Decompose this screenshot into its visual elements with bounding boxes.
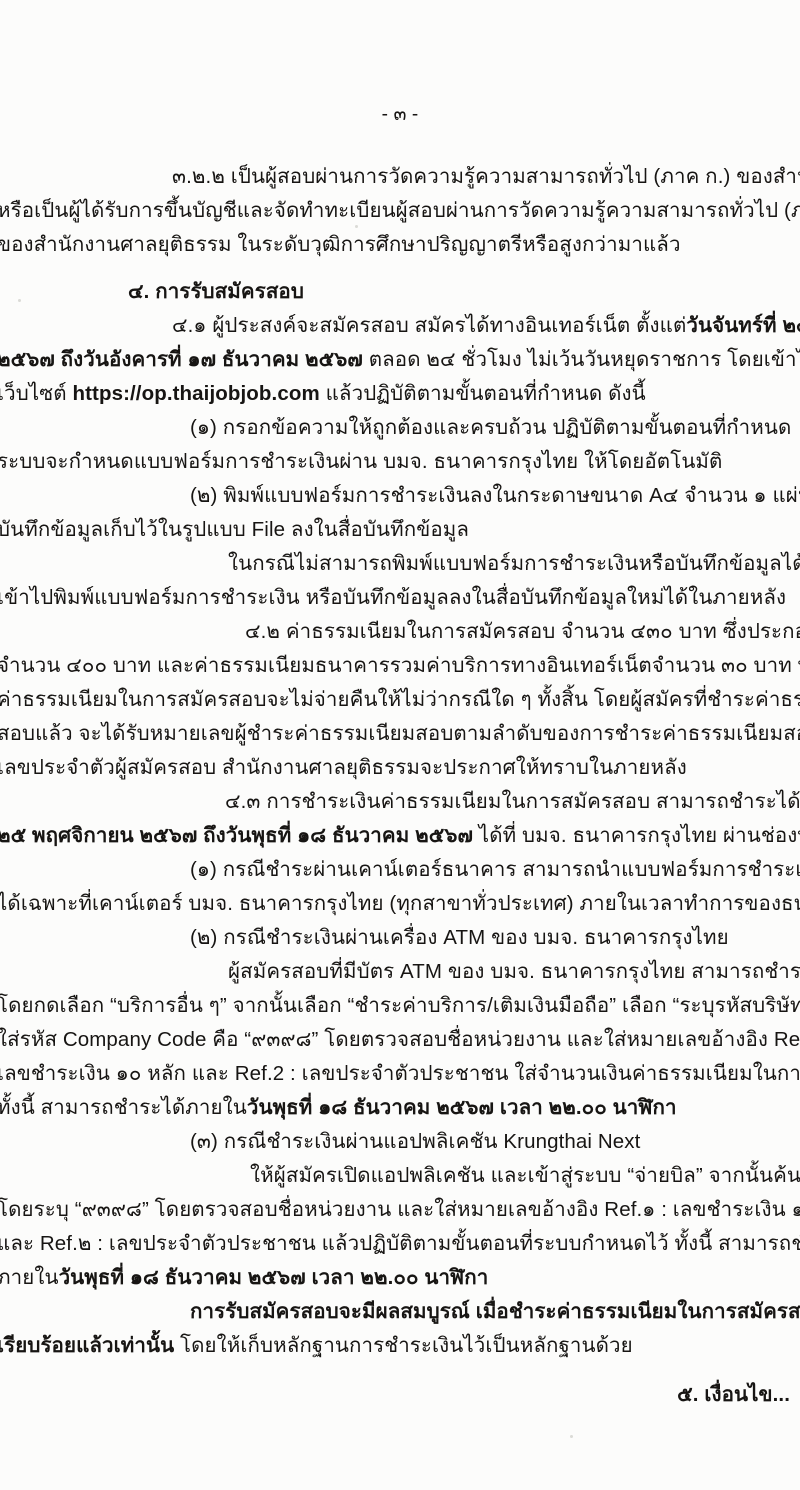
clause-3-2-2-cont-segment: ของสำนักงานศาลยุติธรรม ในระดับวุฒิการศึก…: [0, 233, 681, 256]
payment-option-3-cont-segment: และ Ref.๒ : เลขประจำตัวประชาชน แล้วปฏิบั…: [0, 1232, 800, 1255]
payment-option-2-cont-segment: ใส่รหัส Company Code คือ “๙๓๙๘” โดยตรวจส…: [0, 1028, 800, 1051]
completion-note-cont: เรียบร้อยแล้วเท่านั้น โดยให้เก็บหลักฐานก…: [0, 1329, 800, 1363]
payment-option-3-deadline: ภายในวันพุธที่ ๑๘ ธันวาคม ๒๕๖๗ เวลา ๒๒.๐…: [0, 1261, 800, 1295]
step-1-segment: (๑) กรอกข้อความให้ถูกต้องและครบถ้วน ปฏิบ…: [190, 416, 791, 439]
completion-note-cont-segment: เรียบร้อยแล้วเท่านั้น: [0, 1334, 174, 1357]
step-2-note: ในกรณีไม่สามารถพิมพ์แบบฟอร์มการชำระเงินห…: [228, 547, 800, 581]
scan-speck: [355, 225, 358, 228]
clause-4-1-cont-segment: เว็บไซต์: [0, 382, 72, 405]
website-url: https://op.thaijobjob.com: [72, 382, 319, 405]
step-1-cont: ระบบจะกำหนดแบบฟอร์มการชำระเงินผ่าน บมจ. …: [0, 445, 800, 479]
clause-4-2: ๔.๒ ค่าธรรมเนียมในการสมัครสอบ จำนวน ๔๓๐ …: [245, 615, 800, 649]
payment-option-2: (๒) กรณีชำระเงินผ่านเครื่อง ATM ของ บมจ.…: [190, 921, 800, 955]
payment-option-1: (๑) กรณีชำระผ่านเคาน์เตอร์ธนาคาร สามารถน…: [190, 853, 800, 887]
step-2: (๒) พิมพ์แบบฟอร์มการชำระเงินลงในกระดาษขน…: [190, 479, 800, 513]
clause-4-2-cont-segment: สอบแล้ว จะได้รับหมายเลขผู้ชำระค่าธรรมเนี…: [0, 722, 800, 745]
clause-4-2-cont-segment: ค่าธรรมเนียมในการสมัครสอบจะไม่จ่ายคืนให้…: [0, 688, 800, 711]
scan-speck: [18, 299, 21, 302]
clause-3-2-2-segment: ๓.๒.๒ เป็นผู้สอบผ่านการวัดความรู้ความสาม…: [172, 165, 800, 188]
clause-4-3-segment: ๔.๓ การชำระเงินค่าธรรมเนียมในการสมัครสอบ…: [225, 790, 800, 813]
step-2-segment: (๒) พิมพ์แบบฟอร์มการชำระเงินลงในกระดาษขน…: [190, 484, 800, 507]
payment-option-3-deadline-segment: วันพุธที่ ๑๘ ธันวาคม ๒๕๖๗ เวลา ๒๒.๐๐ นาฬ…: [59, 1266, 489, 1289]
payment-option-2-cont: เลขชำระเงิน ๑๐ หลัก และ Ref.2 : เลขประจำ…: [0, 1057, 800, 1091]
payment-option-3-detail: ให้ผู้สมัครเปิดแอปพลิเคชัน และเข้าสู่ระบ…: [250, 1159, 800, 1193]
clause-4-3-cont-segment: ๒๕ พฤศจิกายน ๒๕๖๗ ถึงวันพุธที่ ๑๘ ธันวาค…: [0, 824, 473, 847]
completion-note: การรับสมัครสอบจะมีผลสมบูรณ์ เมื่อชำระค่า…: [190, 1295, 800, 1329]
page-number-segment: - ๓ -: [382, 104, 419, 125]
completion-note-segment: การรับสมัครสอบจะมีผลสมบูรณ์ เมื่อชำระค่า…: [190, 1300, 800, 1323]
payment-option-2-cont-segment: เลขชำระเงิน ๑๐ หลัก และ Ref.2 : เลขประจำ…: [0, 1062, 800, 1085]
payment-option-2-deadline-segment: วันพุธที่ ๑๘ ธันวาคม ๒๕๖๗ เวลา ๒๒.๐๐ นาฬ…: [247, 1096, 677, 1119]
payment-option-2-cont: โดยกดเลือก “บริการอื่น ๆ” จากนั้นเลือก “…: [0, 989, 800, 1023]
clause-4-1-segment: ๔.๑ ผู้ประสงค์จะสมัครสอบ สมัครได้ทางอินเ…: [172, 314, 686, 337]
clause-4-3-cont: ๒๕ พฤศจิกายน ๒๕๖๗ ถึงวันพุธที่ ๑๘ ธันวาค…: [0, 819, 800, 853]
payment-option-3-segment: (๓) กรณีชำระเงินผ่านแอปพลิเคชัน Krungtha…: [190, 1130, 640, 1153]
payment-option-3-deadline-segment: ภายใน: [0, 1266, 59, 1289]
continuation-marker-segment: ๕. เงื่อนไข...: [677, 1383, 790, 1406]
clause-4-2-cont: เลขประจำตัวผู้สมัครสอบ สำนักงานศาลยุติธร…: [0, 751, 800, 785]
payment-option-3-cont-segment: โดยระบุ “๙๓๙๘” โดยตรวจสอบชื่อหน่วยงาน แล…: [0, 1198, 800, 1221]
payment-option-3-detail-segment: ให้ผู้สมัครเปิดแอปพลิเคชัน และเข้าสู่ระบ…: [250, 1164, 800, 1187]
payment-option-3-cont: และ Ref.๒ : เลขประจำตัวประชาชน แล้วปฏิบั…: [0, 1227, 800, 1261]
step-1-cont-segment: ระบบจะกำหนดแบบฟอร์มการชำระเงินผ่าน บมจ. …: [0, 450, 722, 473]
step-2-note-cont: เข้าไปพิมพ์แบบฟอร์มการชำระเงิน หรือบันทึ…: [0, 581, 800, 615]
payment-option-3-cont: โดยระบุ “๙๓๙๘” โดยตรวจสอบชื่อหน่วยงาน แล…: [0, 1193, 800, 1227]
clause-4-1-cont-segment: ตลอด ๒๔ ชั่วโมง ไม่เว้นวันหยุดราชการ โดย…: [363, 348, 800, 371]
clause-4-2-cont-segment: เลขประจำตัวผู้สมัครสอบ สำนักงานศาลยุติธร…: [0, 756, 687, 779]
clause-3-2-2-cont: หรือเป็นผู้ได้รับการขึ้นบัญชีและจัดทำทะเ…: [0, 194, 800, 228]
payment-option-1-segment: (๑) กรณีชำระผ่านเคาน์เตอร์ธนาคาร สามารถน…: [190, 858, 800, 881]
clause-3-2-2: ๓.๒.๒ เป็นผู้สอบผ่านการวัดความรู้ความสาม…: [172, 160, 800, 194]
clause-4-1-cont-segment: แล้วปฏิบัติตามขั้นตอนที่กำหนด ดังนี้: [320, 382, 646, 405]
payment-option-1-cont: ได้เฉพาะที่เคาน์เตอร์ บมจ. ธนาคารกรุงไทย…: [0, 887, 800, 921]
clause-4-2-segment: ๔.๒ ค่าธรรมเนียมในการสมัครสอบ จำนวน ๔๓๐ …: [245, 620, 800, 643]
clause-4-3: ๔.๓ การชำระเงินค่าธรรมเนียมในการสมัครสอบ…: [225, 785, 800, 819]
step-1: (๑) กรอกข้อความให้ถูกต้องและครบถ้วน ปฏิบ…: [190, 411, 800, 445]
payment-option-3: (๓) กรณีชำระเงินผ่านแอปพลิเคชัน Krungtha…: [190, 1125, 800, 1159]
payment-option-2-detail-segment: ผู้สมัครสอบที่มีบัตร ATM ของ บมจ. ธนาคาร…: [228, 960, 800, 983]
payment-option-2-deadline: ทั้งนี้ สามารถชำระได้ภายในวันพุธที่ ๑๘ ธ…: [0, 1091, 800, 1125]
clause-3-2-2-cont: ของสำนักงานศาลยุติธรรม ในระดับวุฒิการศึก…: [0, 228, 800, 262]
clause-4-1-segment: วันจันทร์ที่ ๒๕ พฤศจิกายน: [686, 314, 800, 337]
clause-4-1-cont: ๒๕๖๗ ถึงวันอังคารที่ ๑๗ ธันวาคม ๒๕๖๗ ตลอ…: [0, 343, 800, 377]
clause-4-2-cont: จำนวน ๔๐๐ บาท และค่าธรรมเนียมธนาคารรวมค่…: [0, 649, 800, 683]
completion-note-cont-segment: โดยให้เก็บหลักฐานการชำระเงินไว้เป็นหลักฐ…: [174, 1334, 633, 1357]
clause-4-1-cont-segment: ๒๕๖๗ ถึงวันอังคารที่ ๑๗ ธันวาคม ๒๕๖๗: [0, 348, 363, 371]
payment-option-1-cont-segment: ได้เฉพาะที่เคาน์เตอร์ บมจ. ธนาคารกรุงไทย…: [0, 892, 800, 915]
section-4-heading: ๔. การรับสมัครสอบ: [128, 275, 800, 309]
step-2-cont: บันทึกข้อมูลเก็บไว้ในรูปแบบ File ลงในสื่…: [0, 513, 800, 547]
document-page: - ๓ -๓.๒.๒ เป็นผู้สอบผ่านการวัดความรู้คว…: [0, 0, 800, 1490]
scan-speck: [570, 1435, 573, 1438]
payment-option-2-cont: ใส่รหัส Company Code คือ “๙๓๙๘” โดยตรวจส…: [0, 1023, 800, 1057]
step-2-note-cont-segment: เข้าไปพิมพ์แบบฟอร์มการชำระเงิน หรือบันทึ…: [0, 586, 786, 609]
clause-3-2-2-cont-segment: หรือเป็นผู้ได้รับการขึ้นบัญชีและจัดทำทะเ…: [0, 199, 800, 222]
clause-4-1-cont: เว็บไซต์ https://op.thaijobjob.com แล้วป…: [0, 377, 800, 411]
continuation-marker: ๕. เงื่อนไข...: [0, 1378, 800, 1412]
clause-4-2-cont: สอบแล้ว จะได้รับหมายเลขผู้ชำระค่าธรรมเนี…: [0, 717, 800, 751]
payment-option-2-deadline-segment: ทั้งนี้ สามารถชำระได้ภายใน: [0, 1096, 247, 1119]
clause-4-2-cont: ค่าธรรมเนียมในการสมัครสอบจะไม่จ่ายคืนให้…: [0, 683, 800, 717]
clause-4-1: ๔.๑ ผู้ประสงค์จะสมัครสอบ สมัครได้ทางอินเ…: [172, 309, 800, 343]
section-4-heading-segment: ๔. การรับสมัครสอบ: [128, 280, 304, 303]
page-number: - ๓ -: [0, 98, 800, 132]
payment-option-2-detail: ผู้สมัครสอบที่มีบัตร ATM ของ บมจ. ธนาคาร…: [228, 955, 800, 989]
payment-option-2-cont-segment: โดยกดเลือก “บริการอื่น ๆ” จากนั้นเลือก “…: [0, 994, 800, 1017]
step-2-cont-segment: บันทึกข้อมูลเก็บไว้ในรูปแบบ File ลงในสื่…: [0, 518, 469, 541]
payment-option-2-segment: (๒) กรณีชำระเงินผ่านเครื่อง ATM ของ บมจ.…: [190, 926, 729, 949]
clause-4-2-cont-segment: จำนวน ๔๐๐ บาท และค่าธรรมเนียมธนาคารรวมค่…: [0, 654, 800, 677]
step-2-note-segment: ในกรณีไม่สามารถพิมพ์แบบฟอร์มการชำระเงินห…: [228, 552, 800, 575]
clause-4-3-cont-segment: ได้ที่ บมจ. ธนาคารกรุงไทย ผ่านช่องทางต่า…: [473, 824, 800, 847]
